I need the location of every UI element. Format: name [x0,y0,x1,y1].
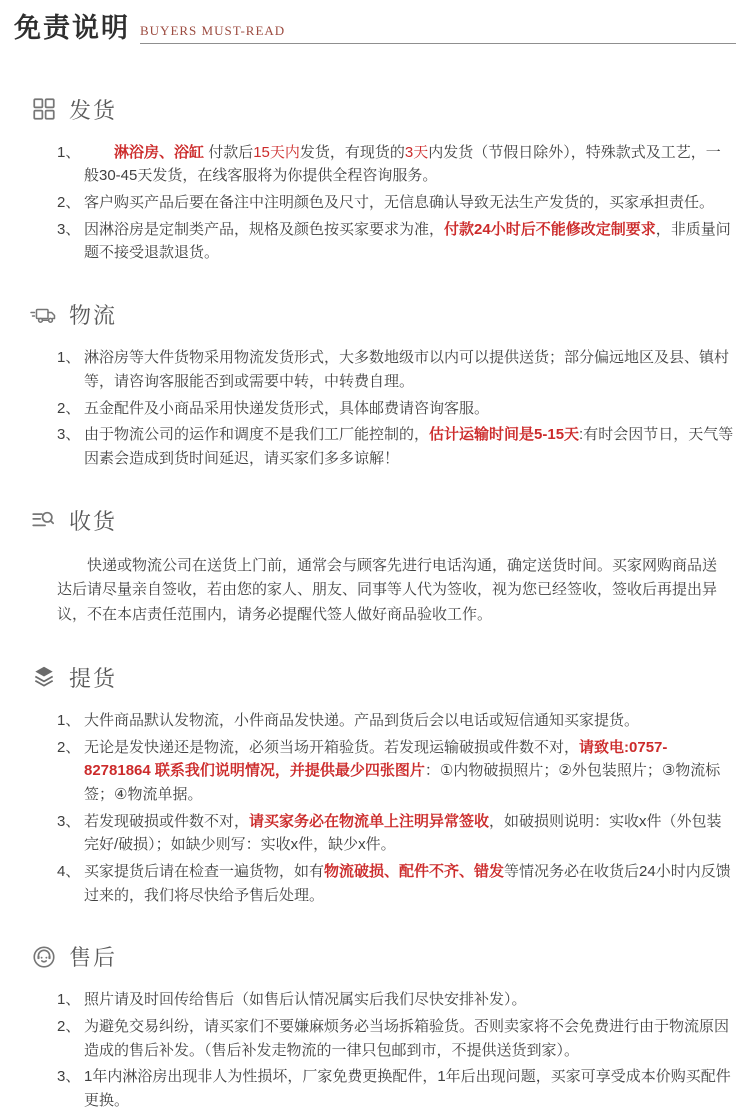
item-text: 1年内淋浴房出现非人为性损坏，厂家免费更换配件，1年后出现问题，买家可享受成本价… [84,1065,734,1112]
section-title-aftersale: 售后 [69,941,117,972]
item-number: 1、 [57,709,84,733]
item-number: 2、 [57,1015,84,1062]
item-number: 1、 [57,346,84,393]
list-item: 3、若发现破损或件数不对，请买家务必在物流单上注明异常签收，如破损则说明：实收x… [57,810,734,857]
item-text: 五金配件及小商品采用快递发货形式，具体邮费请咨询客服。 [84,397,734,421]
item-text: 无论是发快递还是物流，必须当场开箱验货。若发现运输破损或件数不对，请致电:075… [84,736,734,807]
text-segment: 客户购买产品后要在备注中注明颜色及尺寸，无信息确认导致无法生产发货的，买家承担责… [84,194,714,211]
item-text: 客户购买产品后要在备注中注明颜色及尺寸，无信息确认导致无法生产发货的，买家承担责… [84,191,734,215]
item-text: 淋浴房等大件货物采用物流发货形式，大多数地级市以内可以提供送货；部分偏远地区及县… [84,346,734,393]
item-text: 淋浴房、浴缸 付款后15天内发货，有现货的3天内发货（节假日除外），特殊款式及工… [84,141,734,188]
text-segment: 大件商品默认发物流，小件商品发快递。产品到货后会以电话或短信通知买家提货。 [84,712,639,729]
text-segment: 无论是发快递还是物流，必须当场开箱验货。若发现运输破损或件数不对， [84,739,579,756]
item-text: 因淋浴房是定制类产品，规格及颜色按买家要求为准，付款24小时后不能修改定制要求，… [84,218,734,265]
item-text: 由于物流公司的运作和调度不是我们工厂能控制的，估计运输时间是5-15天:有时会因… [84,423,734,470]
item-number: 3、 [57,1065,84,1112]
highlighted-text: 估计运输时间是5-15天 [429,426,579,443]
text-segment: 为避免交易纠纷，请买家们不要嫌麻烦务必当场拆箱验货。否则卖家将不会免费进行由于物… [84,1018,729,1059]
section-pickup-header: 提货 [30,662,750,693]
logistics-items: 1、淋浴房等大件货物采用物流发货形式，大多数地级市以内可以提供送货；部分偏远地区… [0,346,750,470]
section-logistics: 物流 1、淋浴房等大件货物采用物流发货形式，大多数地级市以内可以提供送货；部分偏… [0,299,750,470]
item-number: 1、 [57,988,84,1012]
section-title-pickup: 提货 [69,662,117,693]
section-shipping: 发货 1、 淋浴房、浴缸 付款后15天内发货，有现货的3天内发货（节假日除外），… [0,94,750,265]
text-segment: 若发现破损或件数不对， [84,813,249,830]
item-number: 2、 [57,736,84,807]
aftersale-items: 1、照片请及时回传给售后（如售后认情况属实后我们尽快安排补发）。2、为避免交易纠… [0,988,750,1112]
search-list-icon [30,506,58,534]
item-text: 为避免交易纠纷，请买家们不要嫌麻烦务必当场拆箱验货。否则卖家将不会免费进行由于物… [84,1015,734,1062]
layers-icon [30,663,58,691]
highlighted-text: 物流破损、配件不齐、错发 [324,863,504,880]
headset-icon [30,943,58,971]
list-item: 1、 淋浴房、浴缸 付款后15天内发货，有现货的3天内发货（节假日除外），特殊款… [57,141,734,188]
list-item: 2、为避免交易纠纷，请买家们不要嫌麻烦务必当场拆箱验货。否则卖家将不会免费进行由… [57,1015,734,1062]
section-pickup: 提货 1、大件商品默认发物流，小件商品发快递。产品到货后会以电话或短信通知买家提… [0,662,750,908]
header-divider: BUYERS MUST-READ [140,22,736,44]
list-item: 1、大件商品默认发物流，小件商品发快递。产品到货后会以电话或短信通知买家提货。 [57,709,734,733]
item-number: 3、 [57,810,84,857]
item-number: 2、 [57,397,84,421]
item-number: 2、 [57,191,84,215]
list-item: 2、客户购买产品后要在备注中注明颜色及尺寸，无信息确认导致无法生产发货的，买家承… [57,191,734,215]
section-title-shipping: 发货 [69,94,117,125]
page-title: 免责说明 [14,14,130,44]
section-receiving: 收货 快递或物流公司在送货上门前，通常会与顾客先进行电话沟通，确定送货时间。买家… [0,505,750,628]
list-item: 4、买家提货后请在检查一遍货物，如有物流破损、配件不齐、错发等情况务必在收货后2… [57,860,734,907]
list-item: 3、因淋浴房是定制类产品，规格及颜色按买家要求为准，付款24小时后不能修改定制要… [57,218,734,265]
section-aftersale-header: 售后 [30,941,750,972]
item-number: 3、 [57,218,84,265]
highlighted-text: 请买家务必在物流单上注明异常签收 [249,813,489,830]
item-text: 买家提货后请在检查一遍货物，如有物流破损、配件不齐、错发等情况务必在收货后24小… [84,860,734,907]
page-header: 免责说明 BUYERS MUST-READ [0,0,750,44]
text-segment: 照片请及时回传给售后（如售后认情况属实后我们尽快安排补发）。 [84,991,527,1008]
highlighted-text: 淋浴房、浴缸 [114,144,204,161]
text-segment: 五金配件及小商品采用快递发货形式，具体邮费请咨询客服。 [84,400,489,417]
grid-icon [30,95,58,123]
text-segment: 由于物流公司的运作和调度不是我们工厂能控制的， [84,426,429,443]
list-item: 3、1年内淋浴房出现非人为性损坏，厂家免费更换配件，1年后出现问题，买家可享受成… [57,1065,734,1112]
section-title-logistics: 物流 [69,299,117,330]
truck-icon [30,301,58,329]
item-number: 3、 [57,423,84,470]
text-segment: 付款后 [204,144,253,161]
list-item: 2、无论是发快递还是物流，必须当场开箱验货。若发现运输破损或件数不对，请致电:0… [57,736,734,807]
item-number: 4、 [57,860,84,907]
section-shipping-header: 发货 [30,94,750,125]
text-segment: 淋浴房等大件货物采用物流发货形式，大多数地级市以内可以提供送货；部分偏远地区及县… [84,349,729,390]
section-receiving-header: 收货 [30,505,750,536]
item-text: 若发现破损或件数不对，请买家务必在物流单上注明异常签收，如破损则说明：实收x件（… [84,810,734,857]
text-segment [84,144,114,161]
page-subtitle: BUYERS MUST-READ [140,23,285,38]
text-segment: 买家提货后请在检查一遍货物，如有 [84,863,324,880]
section-logistics-header: 物流 [30,299,750,330]
pickup-items: 1、大件商品默认发物流，小件商品发快递。产品到货后会以电话或短信通知买家提货。2… [0,709,750,908]
highlighted-text: 15天内 [253,144,300,161]
text-segment: 发货，有现货的 [300,144,405,161]
item-number: 1、 [57,141,84,188]
list-item: 1、照片请及时回传给售后（如售后认情况属实后我们尽快安排补发）。 [57,988,734,1012]
shipping-items: 1、 淋浴房、浴缸 付款后15天内发货，有现货的3天内发货（节假日除外），特殊款… [0,141,750,265]
receiving-paragraph: 快递或物流公司在送货上门前，通常会与顾客先进行电话沟通，确定送货时间。买家网购商… [57,554,730,628]
item-text: 照片请及时回传给售后（如售后认情况属实后我们尽快安排补发）。 [84,988,734,1012]
highlighted-text: 付款24小时后不能修改定制要求 [444,221,656,238]
list-item: 2、五金配件及小商品采用快递发货形式，具体邮费请咨询客服。 [57,397,734,421]
item-text: 大件商品默认发物流，小件商品发快递。产品到货后会以电话或短信通知买家提货。 [84,709,734,733]
text-segment: 1年内淋浴房出现非人为性损坏，厂家免费更换配件，1年后出现问题，买家可享受成本价… [84,1068,731,1109]
section-aftersale: 售后 1、照片请及时回传给售后（如售后认情况属实后我们尽快安排补发）。2、为避免… [0,941,750,1112]
text-segment: 快递或物流公司在送货上门前，通常会与顾客先进行电话沟通，确定送货时间。买家网购商… [57,557,717,624]
list-item: 1、淋浴房等大件货物采用物流发货形式，大多数地级市以内可以提供送货；部分偏远地区… [57,346,734,393]
list-item: 3、由于物流公司的运作和调度不是我们工厂能控制的，估计运输时间是5-15天:有时… [57,423,734,470]
highlighted-text: 3天 [405,144,428,161]
text-segment: 因淋浴房是定制类产品，规格及颜色按买家要求为准， [84,221,444,238]
section-title-receiving: 收货 [69,505,117,536]
